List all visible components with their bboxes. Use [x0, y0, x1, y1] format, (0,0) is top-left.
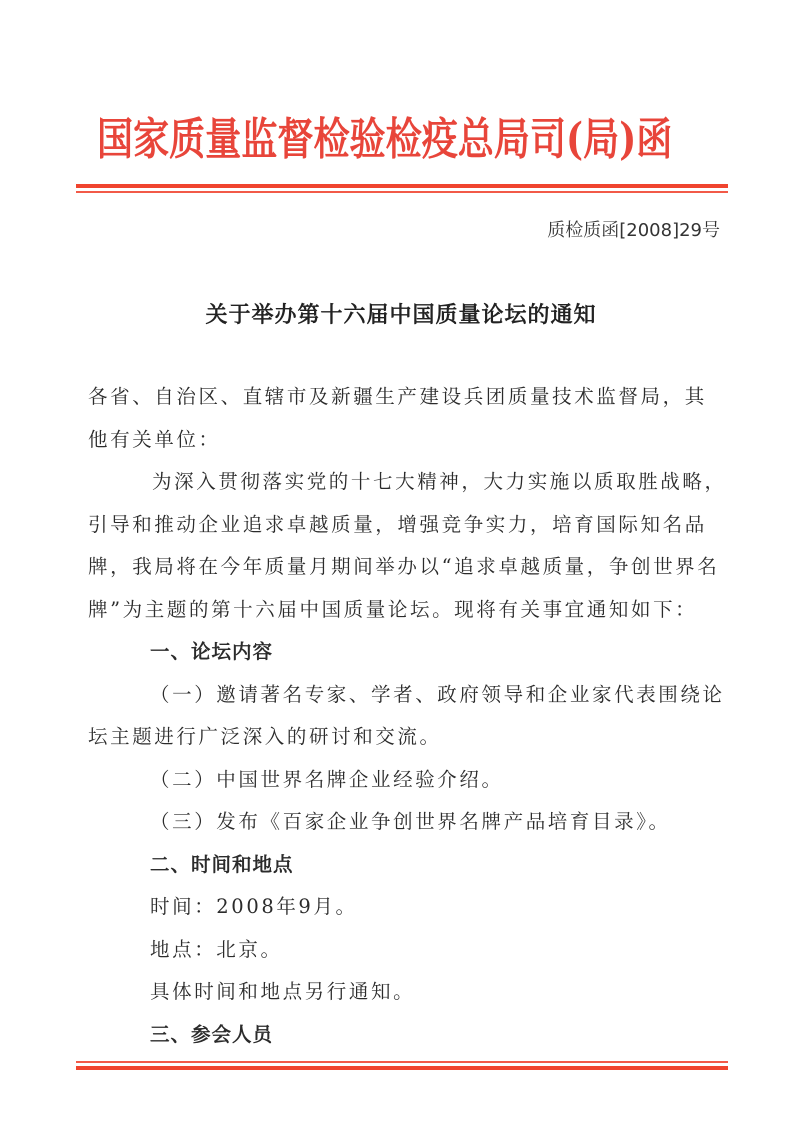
section-1-item-1: （一）邀请著名专家、学者、政府领导和企业家代表围绕论坛主题进行广泛深入的研讨和交…: [88, 674, 728, 759]
document-body: 各省、自治区、直辖市及新疆生产建设兵团质量技术监督局，其他有关单位： 为深入贯彻…: [88, 376, 728, 1056]
section-heading-2: 二、时间和地点: [88, 844, 728, 887]
document-title: 关于举办第十六届中国质量论坛的通知: [0, 298, 802, 329]
document-number: 质检质函[2008]29号: [547, 216, 720, 242]
intro-paragraph: 为深入贯彻落实党的十七大精神，大力实施以质取胜战略，引导和推动企业追求卓越质量，…: [88, 461, 728, 631]
letterhead-rule-thin: [76, 191, 728, 193]
section-heading-3: 三、参会人员: [88, 1014, 728, 1057]
section-2-place: 地点：北京。: [88, 929, 728, 972]
letterhead-rule-thick: [76, 184, 728, 188]
footer-rule-thin: [76, 1061, 728, 1063]
section-2-time: 时间：2008年9月。: [88, 886, 728, 929]
letterhead-title: 国家质量监督检验检疫总局司(局)函: [97, 112, 703, 168]
addressee: 各省、自治区、直辖市及新疆生产建设兵团质量技术监督局，其他有关单位：: [88, 376, 728, 461]
section-1-item-2: （二）中国世界名牌企业经验介绍。: [88, 759, 728, 802]
section-1-item-3: （三）发布《百家企业争创世界名牌产品培育目录》。: [88, 801, 728, 844]
footer-rule-thick: [76, 1066, 728, 1070]
section-2-note: 具体时间和地点另行通知。: [88, 971, 728, 1014]
section-heading-1: 一、论坛内容: [88, 631, 728, 674]
